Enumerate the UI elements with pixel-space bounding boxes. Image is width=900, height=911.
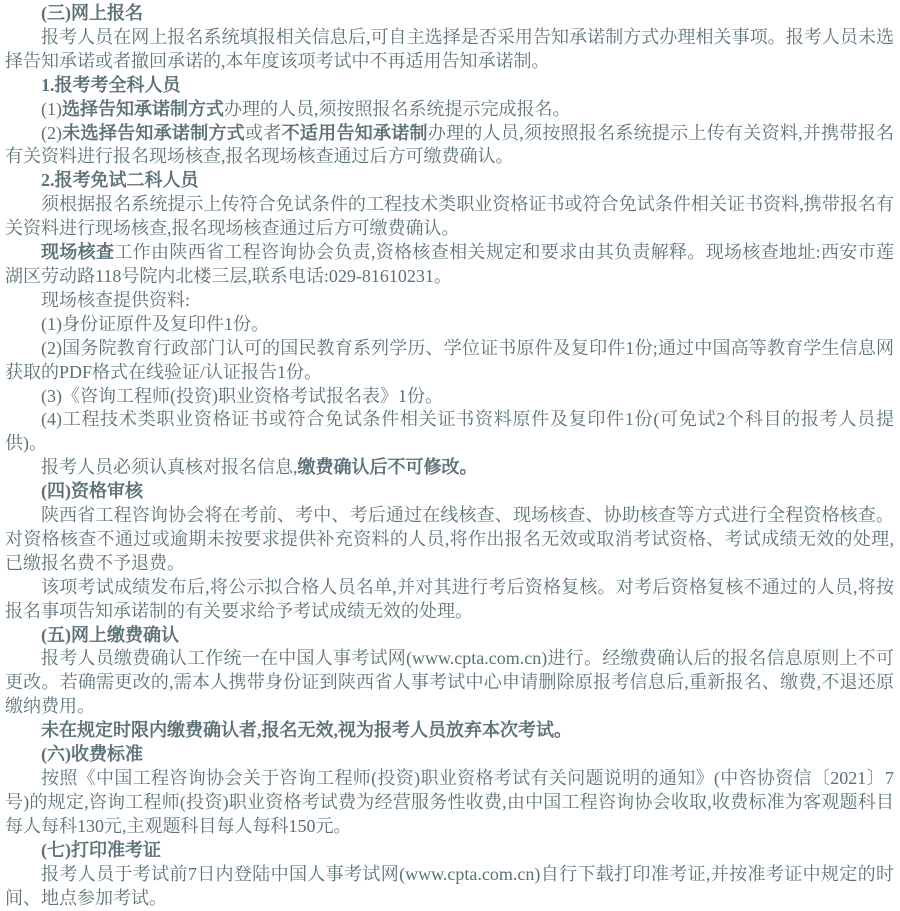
paragraph: 现场核查提供资料:: [5, 289, 894, 313]
text-run: (2)国务院教育行政部门认可的国民教育系列学历、学位证书原件及复印件1份;通过中…: [5, 338, 894, 382]
paragraph: 现场核查工作由陕西省工程咨询协会负责,资格核查相关规定和要求由其负责解释。现场核…: [5, 241, 894, 289]
document-body: (三)网上报名报考人员在网上报名系统填报相关信息后,可自主选择是否采用告知承诺制…: [0, 0, 900, 910]
text-run: 报考人员缴费确认工作统一在中国人事考试网(www.cpta.com.cn)进行。…: [5, 648, 894, 716]
section-heading-online-registration: (三)网上报名: [5, 2, 894, 26]
paragraph: 须根据报名系统提示上传符合免试条件的工程技术类职业资格证书或符合免试条件相关证书…: [5, 193, 894, 241]
text-run: (1): [41, 99, 62, 119]
bold-text-run: 未在规定时限内缴费确认者,报名无效,视为报考人员放弃本次考试。: [41, 720, 572, 740]
bold-text-run: 未选择告知承诺制方式: [62, 123, 245, 143]
text-run: (2): [41, 123, 62, 143]
bold-text-run: (五)网上缴费确认: [41, 625, 179, 645]
bold-text-run: (七)打印准考证: [41, 840, 161, 860]
text-run: 该项考试成绩发布后,将公示拟合格人员名单,并对其进行考后资格复核。对考后资格复核…: [5, 577, 894, 621]
bold-text-run: 1.报考考全科人员: [41, 75, 181, 95]
bold-text-run: 缴费确认后不可修改。: [298, 457, 478, 477]
bold-text-run: (四)资格审核: [41, 481, 143, 501]
bold-text-run: (三)网上报名: [41, 3, 143, 23]
paragraph: (2)国务院教育行政部门认可的国民教育系列学历、学位证书原件及复印件1份;通过中…: [5, 337, 894, 385]
text-run: 报考人员于考试前7日内登陆中国人事考试网(www.cpta.com.cn)自行下…: [5, 864, 894, 908]
section-heading-print-admission-ticket: (七)打印准考证: [5, 839, 894, 863]
text-run: (1)身份证原件及复印件1份。: [41, 314, 269, 334]
paragraph: 该项考试成绩发布后,将公示拟合格人员名单,并对其进行考后资格复核。对考后资格复核…: [5, 576, 894, 624]
paragraph: (1)身份证原件及复印件1份。: [5, 313, 894, 337]
text-run: 须根据报名系统提示上传符合免试条件的工程技术类职业资格证书或符合免试条件相关证书…: [5, 194, 894, 238]
bold-text-run: (六)收费标准: [41, 744, 143, 764]
paragraph: 陕西省工程咨询协会将在考前、考中、考后通过在线核查、现场核查、协助核查等方式进行…: [5, 504, 894, 576]
paragraph: (4)工程技术类职业资格证书或符合免试条件相关证书资料原件及复印件1份(可免试2…: [5, 408, 894, 456]
paragraph: 报考人员缴费确认工作统一在中国人事考试网(www.cpta.com.cn)进行。…: [5, 647, 894, 719]
bold-text-run: 不适用告知承诺制: [282, 123, 428, 143]
bold-text-run: 现场核查: [41, 242, 114, 262]
text-run: 办理的人员,须按照报名系统提示完成报名。: [224, 99, 571, 119]
text-run: 报考人员必须认真核对报名信息,: [41, 457, 298, 477]
text-run: 报考人员在网上报名系统填报相关信息后,可自主选择是否采用告知承诺制方式办理相关事…: [5, 27, 894, 71]
paragraph: 报考人员必须认真核对报名信息,缴费确认后不可修改。: [5, 456, 894, 480]
paragraph: (3)《咨询工程师(投资)职业资格考试报名表》1份。: [5, 385, 894, 409]
sub-heading-exempt-two-subject: 2.报考免试二科人员: [5, 169, 894, 193]
text-run: 陕西省工程咨询协会将在考前、考中、考后通过在线核查、现场核查、协助核查等方式进行…: [5, 505, 894, 573]
paragraph: 未在规定时限内缴费确认者,报名无效,视为报考人员放弃本次考试。: [5, 719, 894, 743]
paragraph: 报考人员于考试前7日内登陆中国人事考试网(www.cpta.com.cn)自行下…: [5, 863, 894, 911]
section-heading-fee-standard: (六)收费标准: [5, 743, 894, 767]
text-run: (3)《咨询工程师(投资)职业资格考试报名表》1份。: [41, 386, 443, 406]
paragraph: 按照《中国工程咨询协会关于咨询工程师(投资)职业资格考试有关问题说明的通知》(中…: [5, 767, 894, 839]
sub-heading-full-subject: 1.报考考全科人员: [5, 74, 894, 98]
bold-text-run: 2.报考免试二科人员: [41, 170, 199, 190]
document-page: (三)网上报名报考人员在网上报名系统填报相关信息后,可自主选择是否采用告知承诺制…: [0, 0, 900, 911]
bold-text-run: 选择告知承诺制方式: [62, 99, 224, 119]
section-heading-online-payment: (五)网上缴费确认: [5, 624, 894, 648]
paragraph: 报考人员在网上报名系统填报相关信息后,可自主选择是否采用告知承诺制方式办理相关事…: [5, 26, 894, 74]
text-run: 现场核查提供资料:: [41, 290, 190, 310]
text-run: 按照《中国工程咨询协会关于咨询工程师(投资)职业资格考试有关问题说明的通知》(中…: [5, 768, 894, 836]
text-run: (4)工程技术类职业资格证书或符合免试条件相关证书资料原件及复印件1份(可免试2…: [5, 409, 894, 453]
section-heading-qualification-review: (四)资格审核: [5, 480, 894, 504]
paragraph: (2)未选择告知承诺制方式或者不适用告知承诺制办理的人员,须按照报名系统提示上传…: [5, 122, 894, 170]
text-run: 或者: [245, 123, 282, 143]
text-run: 工作由陕西省工程咨询协会负责,资格核查相关规定和要求由其负责解释。现场核查地址:…: [5, 242, 894, 286]
paragraph: (1)选择告知承诺制方式办理的人员,须按照报名系统提示完成报名。: [5, 98, 894, 122]
